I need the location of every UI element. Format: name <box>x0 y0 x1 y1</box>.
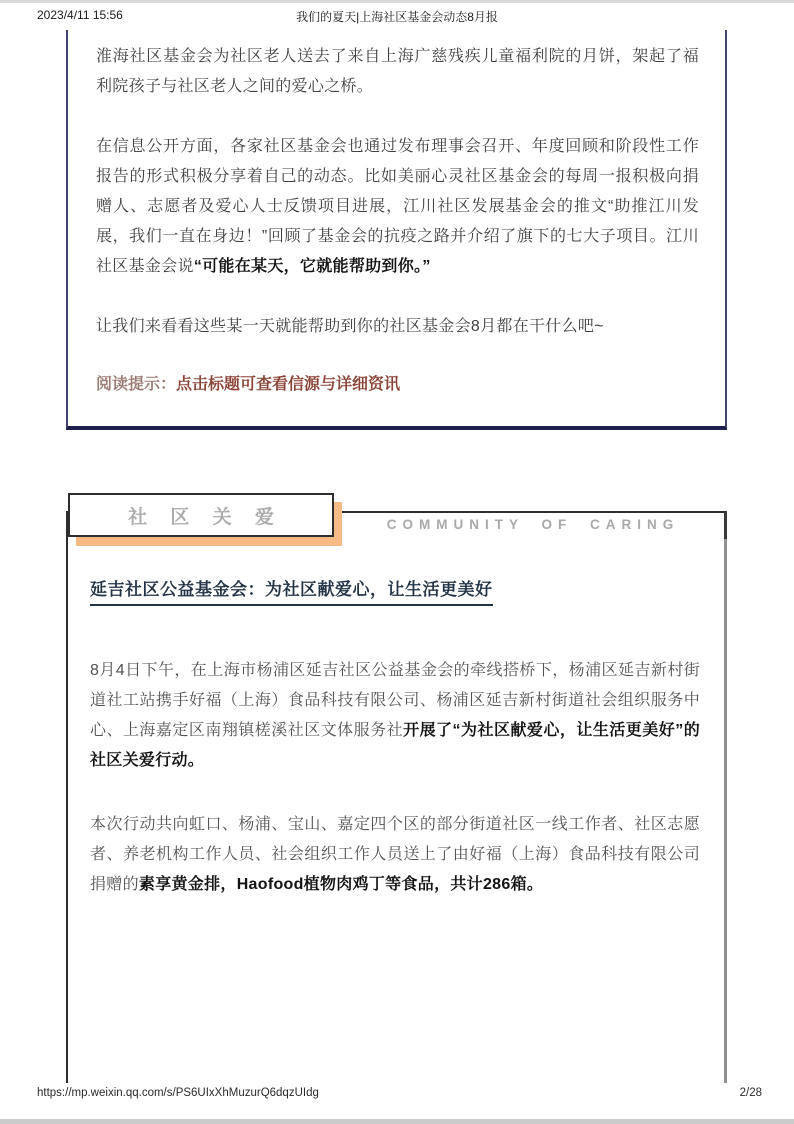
reading-tip-label: 阅读提示： <box>96 376 176 393</box>
intro-paragraph-1: 淮海社区基金会为社区老人送去了来自上海广慈残疾儿童福利院的月饼，架起了福利院孩子… <box>96 42 699 102</box>
intro-paragraph-3: 让我们来看看这些某一天就能帮助到你的社区基金会8月都在干什么吧~ <box>96 312 699 342</box>
print-header-doc-title: 我们的夏天|上海社区基金会动态8月报 <box>0 8 794 25</box>
care-paragraph-1: 8月4日下午，在上海市杨浦区延吉社区公益基金会的牵线搭桥下，杨浦区延吉新村街道社… <box>90 656 700 776</box>
intro-paragraph-2: 在信息公开方面，各家社区基金会也通过发布理事会召开、年度回顾和阶段性工作报告的形… <box>96 132 699 282</box>
reading-tip-text: 点击标题可查看信源与详细资讯 <box>176 376 400 393</box>
print-footer-page-indicator: 2/28 <box>740 1087 762 1099</box>
print-footer-url: https://mp.weixin.qq.com/s/PS6UIxXhMuzur… <box>37 1087 319 1099</box>
intro-paragraph-2-normal: 在信息公开方面，各家社区基金会也通过发布理事会召开、年度回顾和阶段性工作报告的形… <box>96 138 699 275</box>
section-title-english: COMMUNITY OF CARING <box>368 517 698 532</box>
community-caring-box: COMMUNITY OF CARING 延吉社区公益基金会：为社区献爱心，让生活… <box>66 511 727 1083</box>
window-top-edge <box>0 0 794 3</box>
article-title-link[interactable]: 延吉社区公益基金会：为社区献爱心，让生活更美好 <box>90 575 493 606</box>
section-title-chinese: 社 区 关 爱 <box>119 502 283 529</box>
section-header: 社 区 关 爱 <box>68 493 348 553</box>
care-paragraph-2-bold: 素享黄金排，Haofood植物肉鸡丁等食品，共计286箱。 <box>139 876 543 893</box>
window-bottom-edge <box>0 1119 794 1124</box>
print-preview-page: { "header": { "datetime": "2023/4/11 15:… <box>0 0 794 1124</box>
intro-paragraph-2-bold-quote: “可能在某天，它就能帮助到你。” <box>194 258 431 275</box>
reading-tip: 阅读提示：点击标题可查看信源与详细资讯 <box>96 374 699 396</box>
intro-text-box: 淮海社区基金会为社区老人送去了来自上海广慈残疾儿童福利院的月饼，架起了福利院孩子… <box>66 30 727 430</box>
section-header-label-box: 社 区 关 爱 <box>68 493 334 537</box>
care-paragraph-2: 本次行动共向虹口、杨浦、宝山、嘉定四个区的部分街道社区一线工作者、社区志愿者、养… <box>90 810 700 900</box>
